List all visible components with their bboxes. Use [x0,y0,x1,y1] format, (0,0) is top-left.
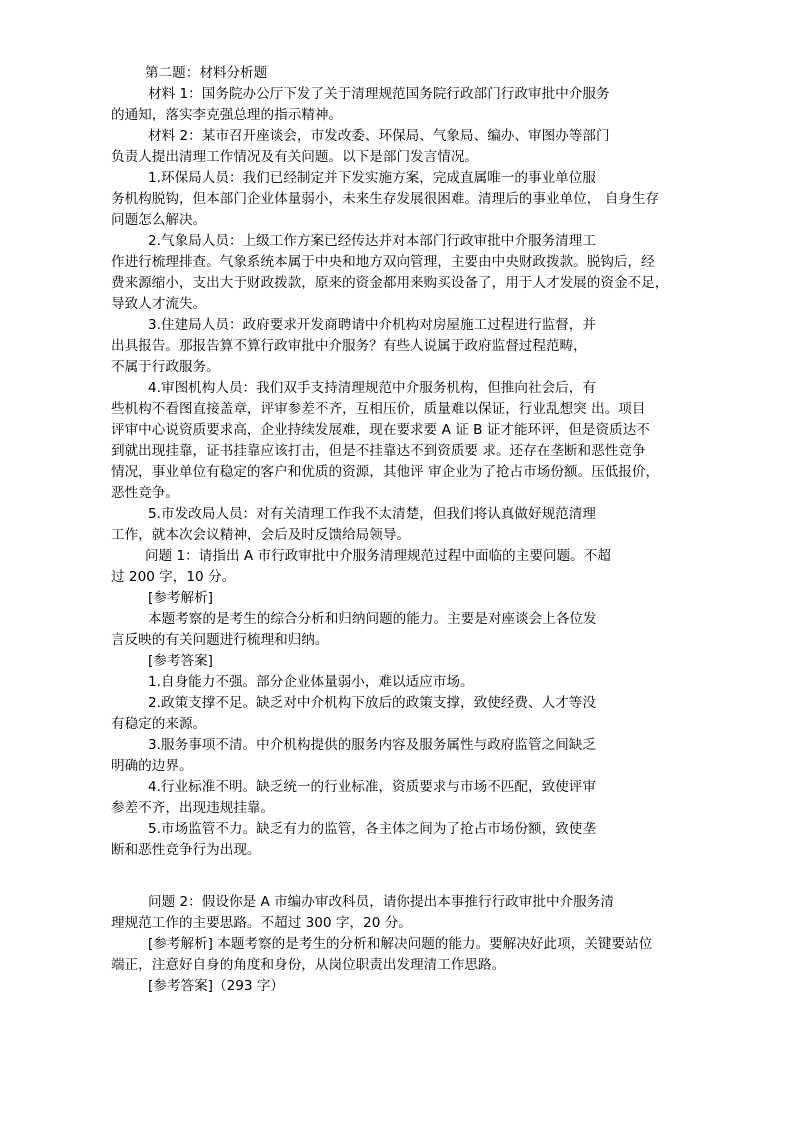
text-line: 言反映的有关问题进行梳理和归纳。 [111,630,329,651]
text-line: 过 200 字，10 分。 [111,567,235,588]
text-line: 2.气象局人员：上级工作方案已经传达并对本部门行政审批中介服务清理工 [148,231,596,252]
text-line: 导致人才流失。 [111,294,206,315]
text-line: 作进行梳理排查。气象系统本属于中央和地方双向管理，主要由中央财政拨款。脱钩后，经 [111,252,655,273]
text-line: 问题 1：请指出 A 市行政审批中介服务清理规范过程中面临的主要问题。不超 [145,546,611,567]
text-line: 负责人提出清理工作情况及有关问题。以下是部门发言情况。 [111,147,478,168]
text-line: 问题 2：假设你是 A 市编办审改科员，请你提出本事推行行政审批中介服务清 [148,892,614,913]
text-line: 务机构脱钩，但本部门企业体量弱小，未来生存发展很困难。清理后的事业单位， 自身生… [111,189,659,210]
text-line: [参考解析] 本题考察的是考生的分析和解决问题的能力。要解决好此项，关键要站位 [148,934,652,955]
text-line: 1.环保局人员：我们已经制定并下发实施方案，完成直属唯一的事业单位服 [148,168,596,189]
text-line: 1.自身能力不强。部分企业体量弱小，难以适应市场。 [148,672,474,693]
text-line: 3.服务事项不清。中介机构提供的服务内容及服务属性与政府监管之间缺乏 [148,735,596,756]
text-line: 问题怎么解决。 [111,210,206,231]
text-line: [参考答案]（293 字） [148,976,284,997]
text-line: [参考答案] [148,651,213,672]
text-line: 些机构不看图直接盖章，评审参差不齐，互相压价，质量难以保证，行业乱想突 出。项目 [111,399,645,420]
text-line: 费来源缩小，支出大于财政拨款，原来的资金都用来购买设备了，用于人才发展的资金不足… [111,273,668,294]
text-line: 到就出现挂靠，证书挂靠应该打击，但是不挂靠达不到资质要 求。还存在垄断和恶性竞争 [111,441,645,462]
text-line: 4.行业标准不明。缺乏统一的行业标准，资质要求与市场不匹配，致使评审 [148,777,596,798]
text-line: 有稳定的来源。 [111,714,206,735]
text-line: 恶性竞争。 [111,483,179,504]
text-line: 本题考察的是考生的综合分析和归纳问题的能力。主要是对座谈会上各位发 [148,609,597,630]
text-line: 端正，注意好自身的角度和身份，从岗位职责出发理清工作思路。 [111,955,505,976]
text-line: 工作，就本次会议精神，会后及时反馈给局领导。 [111,525,410,546]
text-line: 出具报告。那报告算不算行政审批中介服务？有些人说属于政府监督过程范畴， [111,336,587,357]
text-line: 理规范工作的主要思路。不超过 300 字，20 分。 [111,913,412,934]
text-line: 情况，事业单位有稳定的客户和优质的资源，其他评 审企业为了抢占市场份额。压低报价… [111,462,659,483]
text-line: 第二题：材料分析题 [145,63,267,84]
text-line: 材料 2：某市召开座谈会，市发改委、环保局、气象局、编办、审图办等部门 [148,126,610,147]
text-line: 2.政策支撑不足。缺乏对中介机构下放后的政策支撑，致使经费、人才等没 [148,693,596,714]
text-line: 3.住建局人员：政府要求开发商聘请中介机构对房屋施工过程进行监督，并 [148,315,596,336]
text-line: 的通知，落实李克强总理的指示精神。 [111,105,342,126]
text-line: 材料 1：国务院办公厅下发了关于清理规范国务院行政部门行政审批中介服务 [148,84,610,105]
text-line: 明确的边界。 [111,756,193,777]
text-line: 不属于行政服务。 [111,357,220,378]
text-line: 5.市发改局人员：对有关清理工作我不太清楚，但我们将认真做好规范清理 [148,504,596,525]
text-line: 评审中心说资质要求高，企业持续发展难，现在要求要 A 证 B 证才能环评，但是资… [111,420,650,441]
text-line: 5.市场监管不力。缺乏有力的监管，各主体之间为了抢占市场份额，致使垄 [148,819,596,840]
text-line: 4.审图机构人员：我们双手支持清理规范中介服务机构，但推向社会后，有 [148,378,596,399]
text-line: [参考解析] [148,588,213,609]
text-line: 断和恶性竞争行为出现。 [111,840,261,861]
text-line: 参差不齐，出现违规挂靠。 [111,798,274,819]
